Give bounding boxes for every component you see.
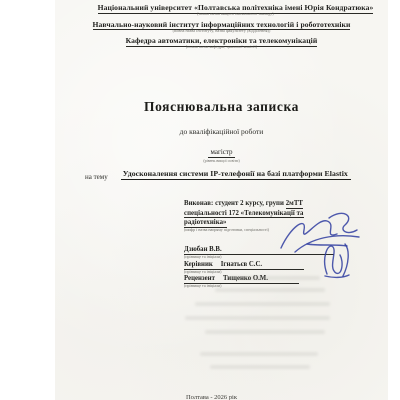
student-name: Дзюбан В.В. [184, 246, 222, 254]
topic-label: на тему [85, 173, 108, 181]
title-block: Пояснювальна записка до кваліфікаційної … [55, 100, 388, 164]
group-code: 2мТТ [286, 200, 303, 209]
bleed-through-line [215, 288, 325, 292]
document-header: Національний університет «Полтавська пол… [55, 3, 388, 53]
bleed-through-line [210, 365, 310, 369]
university-caption: (повна назва вищого навчального закладу) [69, 12, 400, 17]
author-line-1: Виконав: студент 2 курсу, групи 2мТТ [184, 199, 364, 209]
supervisor-label: Керівник [184, 261, 213, 269]
supervisor-name: Ігнатьєв С.С. [221, 261, 262, 269]
bleed-through-line [195, 302, 330, 306]
bleed-through-line [185, 316, 330, 320]
reviewer-label: Рецензент [184, 275, 215, 283]
document-title: Пояснювальна записка [55, 100, 388, 114]
scanned-page: Національний університет «Полтавська пол… [55, 0, 388, 400]
specialty-caption: (шифр і назва напряму підготовки, спеціа… [184, 228, 364, 233]
bleed-through-line [200, 352, 318, 356]
department-caption: (повна назва кафедри, циклової комісії) [55, 45, 388, 50]
bleed-through-line [205, 330, 325, 334]
document-subtitle: до кваліфікаційної роботи [55, 127, 388, 136]
degree-level: магістр [208, 148, 234, 158]
student-name-caption: (прізвище та ініціали) [184, 255, 364, 260]
supervisor-name-caption: (прізвище та ініціали) [184, 270, 364, 275]
institute-caption: (повна назва інституту, назва факультету… [55, 29, 388, 34]
topic-row: на темуУдосконалення системи IP-телефоні… [85, 163, 385, 181]
topic-title: Удосконалення системи IP-телефонії на ба… [121, 169, 351, 180]
author-line-2: спеціальності 172 «Телекомунікації та [184, 209, 364, 219]
bleed-through-line [230, 276, 320, 280]
city-year: Полтава - 2026 рік [45, 393, 378, 400]
